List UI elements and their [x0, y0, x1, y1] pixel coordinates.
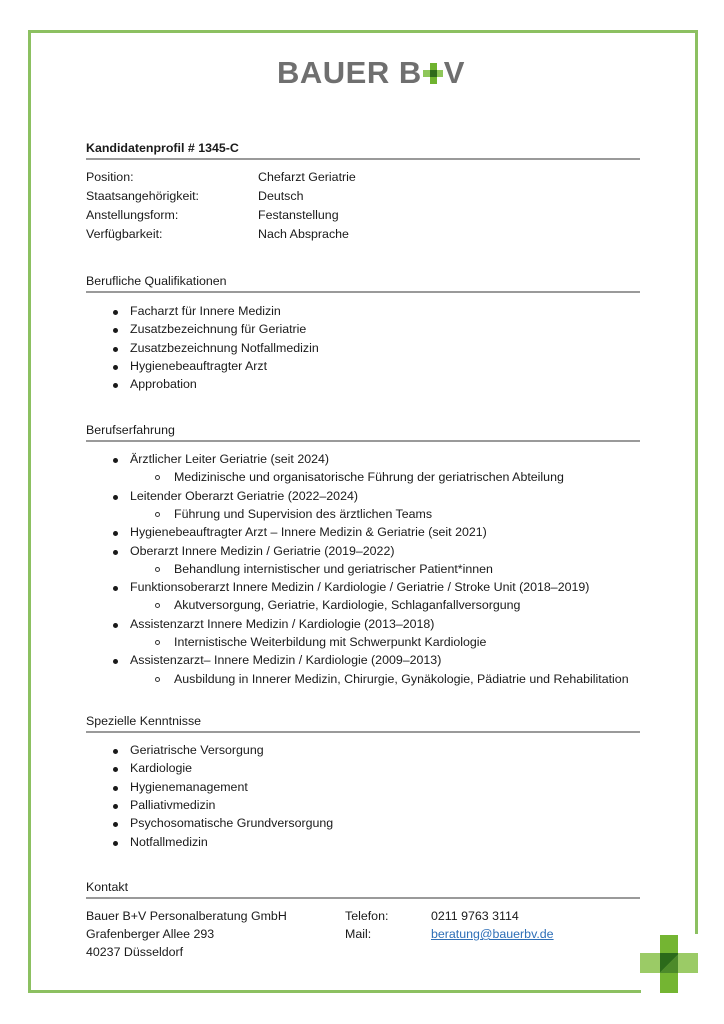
field-label: Staatsangehörigkeit:	[86, 189, 199, 203]
sub-list-item-text: Behandlung internistischer und geriatris…	[174, 562, 493, 576]
circle-bullet-icon	[155, 475, 160, 480]
logo-text-right: V	[444, 55, 465, 91]
sub-list-item-text: Führung und Supervision des ärztlichen T…	[174, 507, 432, 521]
mail-label: Mail:	[345, 927, 371, 941]
experience-item: Oberarzt Innere Medizin / Geriatrie (201…	[130, 544, 394, 558]
bullet-icon	[113, 550, 118, 555]
phone-label: Telefon:	[345, 909, 388, 923]
phone-number: 0211 9763 3114	[431, 909, 519, 923]
contact-title: Kontakt	[86, 880, 128, 894]
experience-item: Ärztlicher Leiter Geriatrie (seit 2024)	[130, 452, 329, 466]
bullet-icon	[113, 347, 118, 352]
field-label: Verfügbarkeit:	[86, 227, 162, 241]
sub-list-item: Internistische Weiterbildung mit Schwerp…	[174, 635, 486, 649]
qualification-item: Zusatzbezeichnung Notfallmedizin	[130, 341, 319, 355]
experience-title: Berufserfahrung	[86, 423, 175, 437]
list-item-text: Kardiologie	[130, 761, 192, 775]
list-item-text: Assistenzarzt Innere Medizin / Kardiolog…	[130, 617, 434, 631]
qualification-item: Facharzt für Innere Medizin	[130, 304, 281, 318]
field-value: Festanstellung	[258, 208, 339, 222]
sub-list-item-text: Internistische Weiterbildung mit Schwerp…	[174, 635, 486, 649]
circle-bullet-icon	[155, 677, 160, 682]
sub-list-item: Behandlung internistischer und geriatris…	[174, 562, 493, 576]
bullet-icon	[113, 310, 118, 315]
bullet-icon	[113, 495, 118, 500]
qualification-item: Hygienebeauftragter Arzt	[130, 359, 267, 373]
skill-item: Geriatrische Versorgung	[130, 743, 264, 757]
logo-text-left: BAUER B	[277, 55, 422, 91]
page-frame-bottom	[28, 990, 641, 993]
skill-item: Hygienemanagement	[130, 780, 248, 794]
experience-item: Assistenzarzt– Innere Medizin / Kardiolo…	[130, 653, 441, 667]
divider	[86, 291, 640, 293]
list-item-text: Oberarzt Innere Medizin / Geriatrie (201…	[130, 544, 394, 558]
list-item-text: Hygienebeauftragter Arzt – Innere Medizi…	[130, 525, 487, 539]
bullet-icon	[113, 786, 118, 791]
experience-item: Assistenzarzt Innere Medizin / Kardiolog…	[130, 617, 434, 631]
list-item-text: Palliativmedizin	[130, 798, 215, 812]
sub-list-item-text: Ausbildung in Innerer Medizin, Chirurgie…	[174, 672, 629, 686]
divider	[86, 897, 640, 899]
sub-list-item: Medizinische und organisatorische Führun…	[174, 470, 564, 484]
list-item-text: Geriatrische Versorgung	[130, 743, 264, 757]
contact-company: Bauer B+V Personalberatung GmbH	[86, 909, 287, 923]
profile-title: Kandidatenprofil # 1345-C	[86, 141, 239, 155]
skill-item: Notfallmedizin	[130, 835, 208, 849]
circle-bullet-icon	[155, 567, 160, 572]
list-item-text: Facharzt für Innere Medizin	[130, 304, 281, 318]
bullet-icon	[113, 804, 118, 809]
list-item-text: Ärztlicher Leiter Geriatrie (seit 2024)	[130, 452, 329, 466]
sub-list-item: Akutversorgung, Geriatrie, Kardiologie, …	[174, 598, 520, 612]
circle-bullet-icon	[155, 603, 160, 608]
list-item-text: Leitender Oberarzt Geriatrie (2022–2024)	[130, 489, 358, 503]
company-logo: BAUER B V	[277, 56, 465, 90]
divider	[86, 440, 640, 442]
list-item-text: Psychosomatische Grundversorgung	[130, 816, 333, 830]
skill-item: Kardiologie	[130, 761, 192, 775]
bullet-icon	[113, 767, 118, 772]
sub-list-item: Führung und Supervision des ärztlichen T…	[174, 507, 432, 521]
page-frame-right	[695, 30, 698, 934]
bullet-icon	[113, 383, 118, 388]
qualification-item: Approbation	[130, 377, 197, 391]
page-frame-top	[28, 30, 697, 33]
bullet-icon	[113, 458, 118, 463]
list-item-text: Zusatzbezeichnung Notfallmedizin	[130, 341, 319, 355]
field-value: Deutsch	[258, 189, 303, 203]
experience-item: Leitender Oberarzt Geriatrie (2022–2024)	[130, 489, 358, 503]
skills-title: Spezielle Kenntnisse	[86, 714, 201, 728]
qualifications-title: Berufliche Qualifikationen	[86, 274, 227, 288]
skill-item: Palliativmedizin	[130, 798, 215, 812]
bullet-icon	[113, 328, 118, 333]
bullet-icon	[113, 659, 118, 664]
circle-bullet-icon	[155, 640, 160, 645]
list-item-text: Hygienemanagement	[130, 780, 248, 794]
qualification-item: Zusatzbezeichnung für Geriatrie	[130, 322, 306, 336]
list-item-text: Funktionsoberarzt Innere Medizin / Kardi…	[130, 580, 589, 594]
bullet-icon	[113, 841, 118, 846]
mail-link[interactable]: beratung@bauerbv.de	[431, 927, 554, 941]
contact-street: Grafenberger Allee 293	[86, 927, 214, 941]
circle-bullet-icon	[155, 512, 160, 517]
field-value: Nach Absprache	[258, 227, 349, 241]
bullet-icon	[113, 623, 118, 628]
bullet-icon	[113, 586, 118, 591]
corner-cross-icon-center	[660, 953, 678, 973]
experience-item: Hygienebeauftragter Arzt – Innere Medizi…	[130, 525, 487, 539]
field-label: Anstellungsform:	[86, 208, 178, 222]
experience-item: Funktionsoberarzt Innere Medizin / Kardi…	[130, 580, 589, 594]
plus-cross-icon	[423, 60, 443, 86]
field-label: Position:	[86, 170, 134, 184]
page-frame-left	[28, 30, 31, 992]
divider	[86, 158, 640, 160]
field-value: Chefarzt Geriatrie	[258, 170, 356, 184]
list-item-text: Assistenzarzt– Innere Medizin / Kardiolo…	[130, 653, 441, 667]
divider	[86, 731, 640, 733]
sub-list-item-text: Akutversorgung, Geriatrie, Kardiologie, …	[174, 598, 520, 612]
sub-list-item: Ausbildung in Innerer Medizin, Chirurgie…	[174, 672, 629, 686]
list-item-text: Notfallmedizin	[130, 835, 208, 849]
contact-city: 40237 Düsseldorf	[86, 945, 183, 959]
list-item-text: Hygienebeauftragter Arzt	[130, 359, 267, 373]
bullet-icon	[113, 822, 118, 827]
bullet-icon	[113, 749, 118, 754]
bullet-icon	[113, 365, 118, 370]
bullet-icon	[113, 531, 118, 536]
list-item-text: Approbation	[130, 377, 197, 391]
skill-item: Psychosomatische Grundversorgung	[130, 816, 333, 830]
sub-list-item-text: Medizinische und organisatorische Führun…	[174, 470, 564, 484]
list-item-text: Zusatzbezeichnung für Geriatrie	[130, 322, 306, 336]
